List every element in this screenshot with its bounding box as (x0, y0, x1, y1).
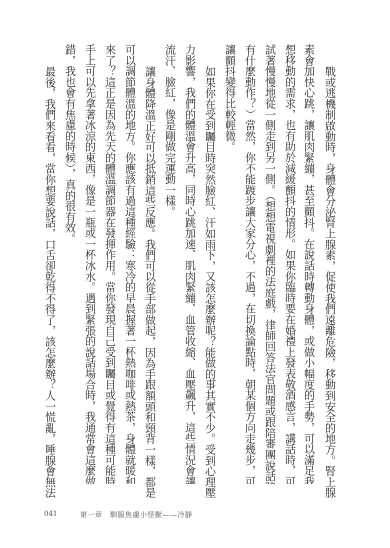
text-column: 錯，我也會有焦慮的時候），真的很有效。 (60, 44, 80, 484)
text-column: 試著慢慢地從一側走到另一側。（想想電視劇裡的法庭戲，律師回答法官問題或跟陪審團說… (260, 44, 280, 484)
text-column: 讓顫抖變得比較輕微。 (220, 44, 240, 484)
text-column: 讓身體降溫正好可以抵銷這些反應。我們可以從手部做起，因為手跟額頭和頸背一樣，都是 (140, 44, 160, 506)
text-column: 素會加快心跳，讓肌肉緊繃，甚至顫抖。在說話時轉動身體，或做小幅度的手勢，可以滿足… (299, 44, 319, 484)
text-column: 手上可以先拿著冰涼的東西，像是一瓶或一杯冰水。遇到緊張的說話場合時，我通常會這麼… (80, 44, 100, 484)
page-number: 041 (44, 510, 57, 518)
text-column: 可以調節體溫的地方。你應該有過這種經驗：寒冷的早晨握著一杯熱咖啡或熱茶，身體就暖… (120, 44, 140, 484)
running-head: 第一章 馴服焦慮小怪獸——冷靜 (80, 510, 193, 520)
text-column: 流汗、臉紅，像是剛做完運動一樣。 (160, 44, 180, 484)
text-column: 最後，我們來看看，當你想要說話，口舌卻乾得不得了，該怎麼辦？人一慌亂，唾腺會無法 (40, 44, 60, 506)
text-column: 想移動的需求，也有助於減緩顫抖的情形。如果你臨時要在婚禮上發表敬酒感言，講話時，… (280, 44, 300, 484)
text-column: 戰或逃機制啟動時，身體會分泌腎上腺素，促使我們遠離危險，移動到安全的地方。腎上腺 (320, 44, 340, 506)
text-column: 來了？這正是因為先天的體溫調節器在發揮作用。當你發現自己受到矚目或覺得有這種可能… (100, 44, 120, 484)
text-column: 如果你在受到矚目時突然臉紅、汗如雨下，又該怎麼辦呢？能做的事其實不少。受到心理壓 (200, 44, 220, 506)
text-column: 有什麼動作？）當然，你不能踱步讓大家分心，不過，在切換論點時，朝某個方向走幾步，… (240, 44, 260, 484)
book-page: 戰或逃機制啟動時，身體會分泌腎上腺素，促使我們遠離危險，移動到安全的地方。腎上腺… (0, 0, 390, 548)
text-column: 力影響，我們的體溫會升高，同時心跳加速、肌肉緊繃、血管收縮、血壓飆升，這些情況會… (180, 44, 200, 484)
